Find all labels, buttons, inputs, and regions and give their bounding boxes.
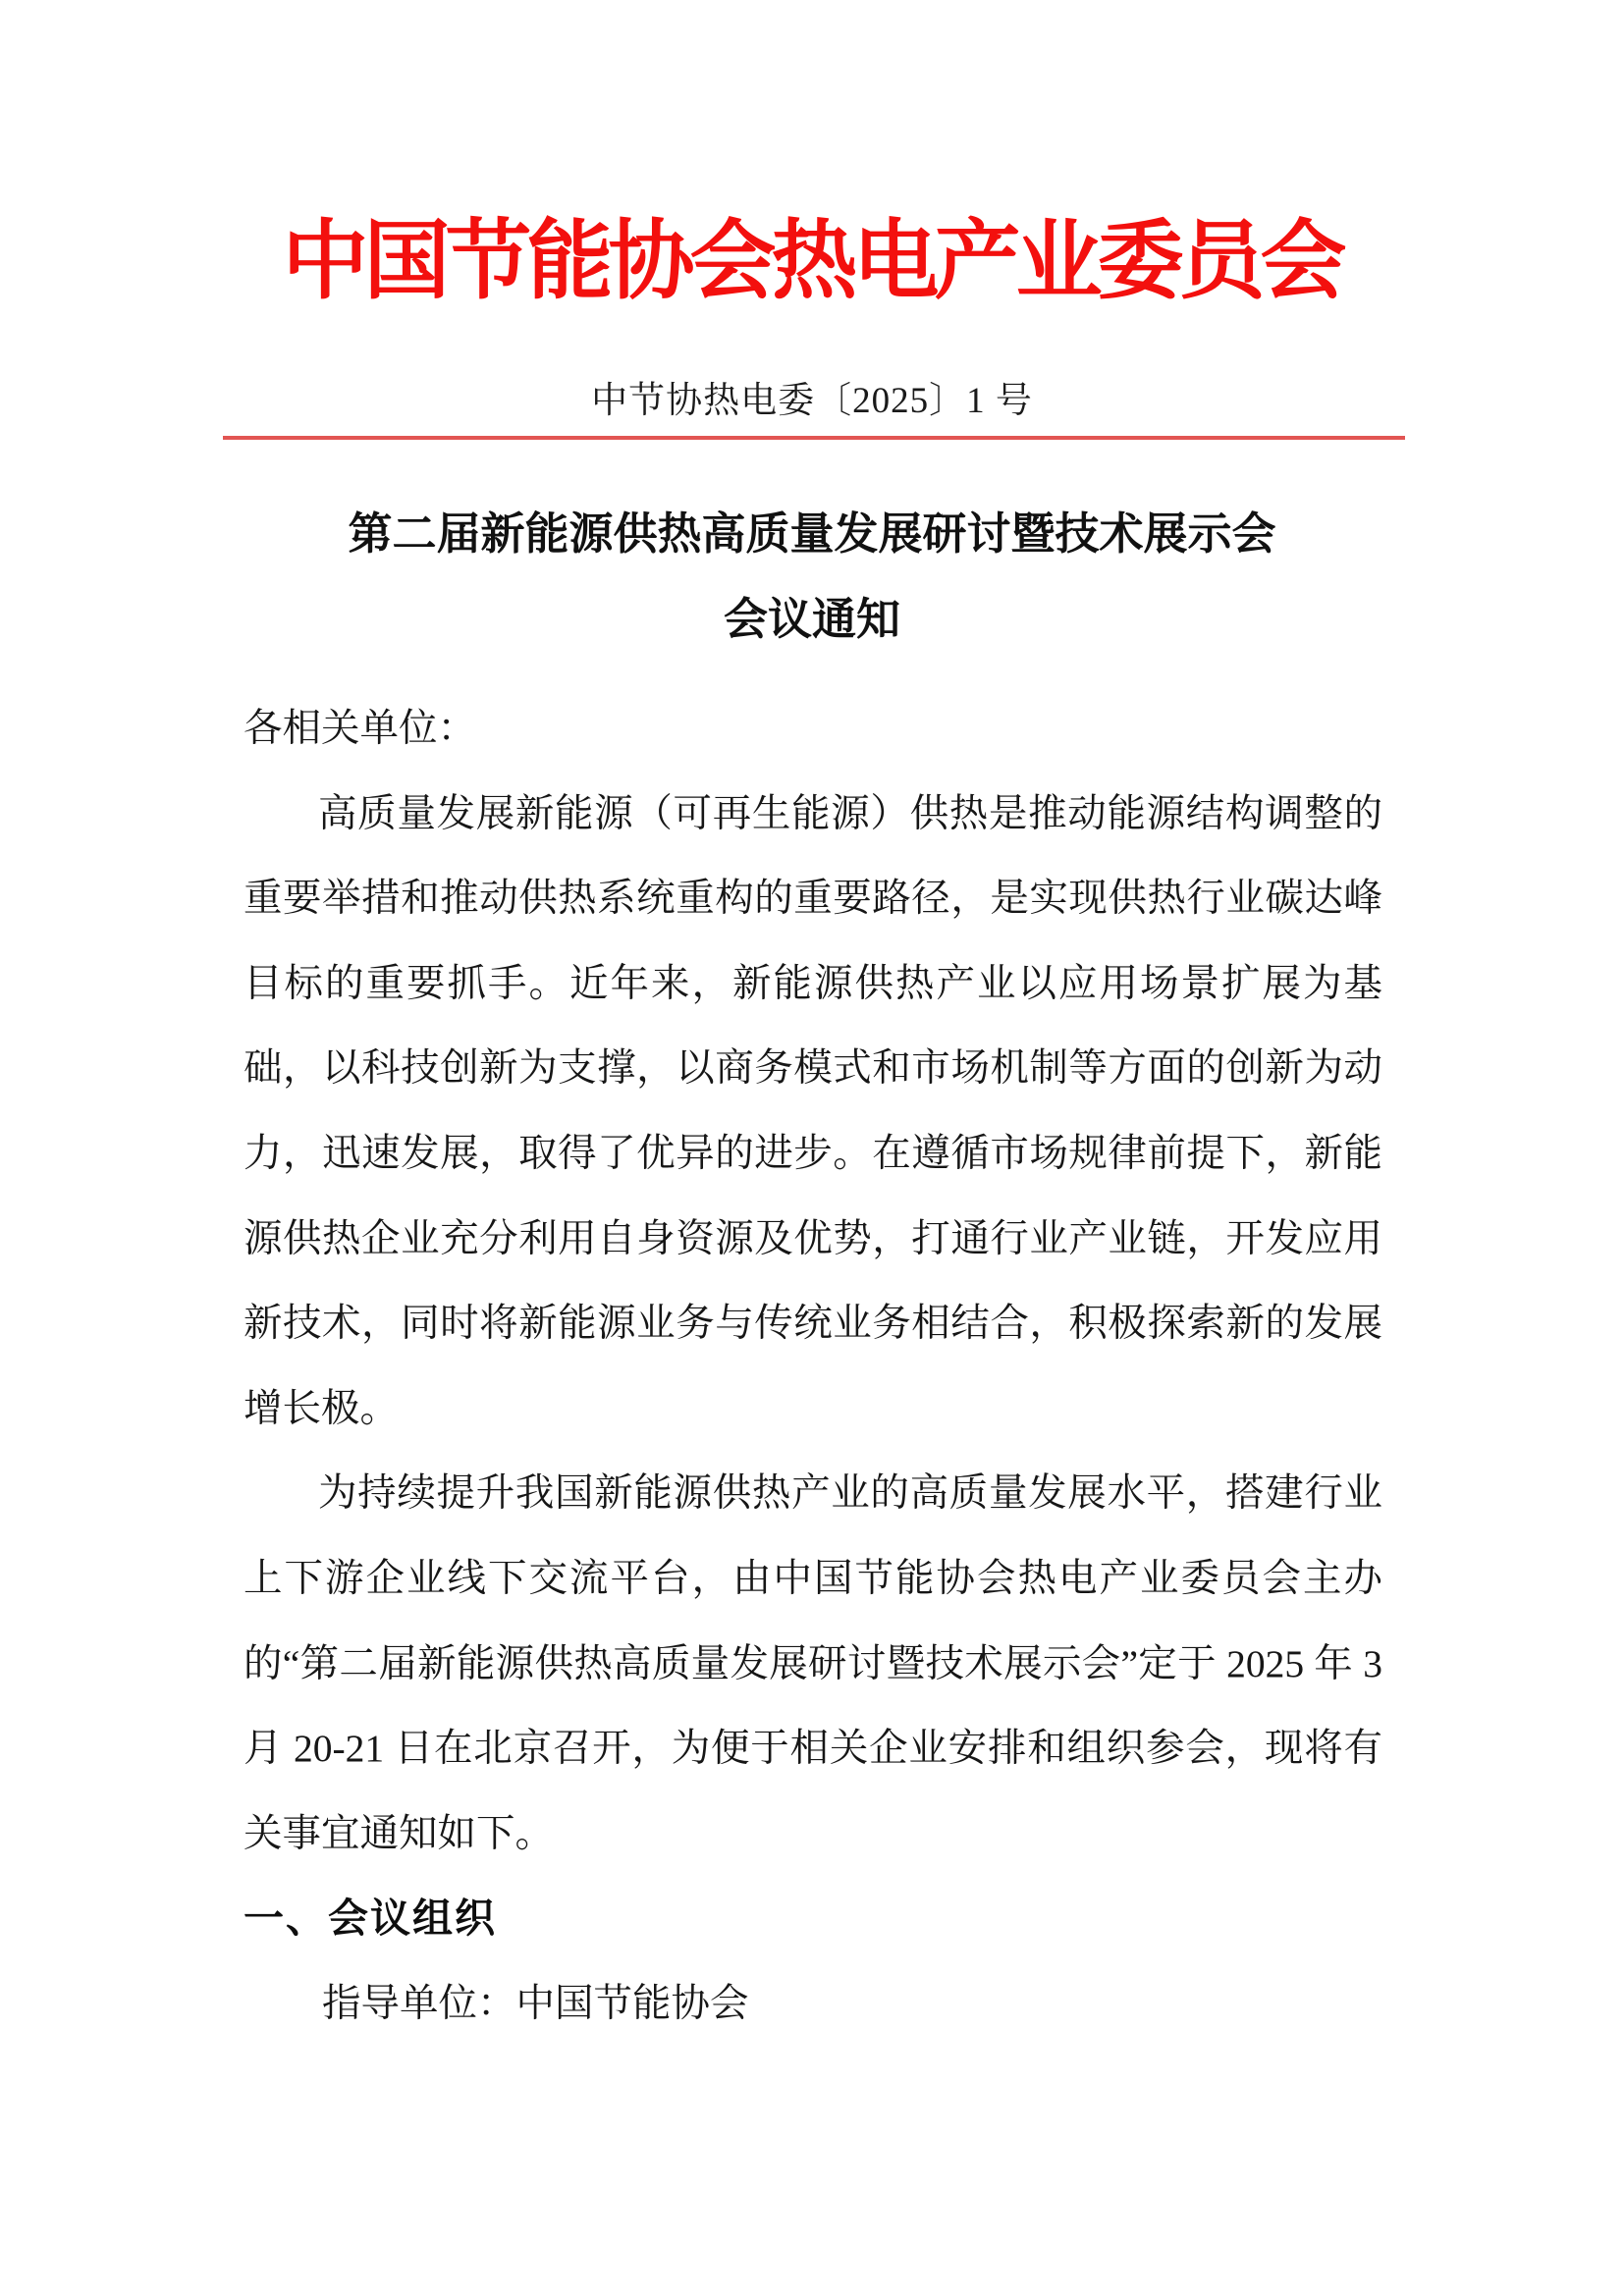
letterhead-org-title: 中国节能协会热电产业委员会 — [0, 208, 1624, 318]
document-page: 中国节能协会热电产业委员会 中节协热电委〔2025〕1 号 第二届新能源供热高质… — [0, 0, 1624, 2296]
salutation: 各相关单位： — [244, 686, 1382, 772]
paragraph-background: 高质量发展新能源（可再生能源）供热是推动能源结构调整的重要举措和推动供热系统重构… — [244, 772, 1382, 1452]
meeting-title: 第二届新能源供热高质量发展研讨暨技术展示会 会议通知 — [0, 492, 1624, 663]
section-1-heading: 一、会议组织 — [244, 1876, 1382, 1961]
meeting-title-line2: 会议通知 — [0, 577, 1624, 663]
section-1-guidance-unit: 指导单位：中国节能协会 — [244, 1961, 1382, 2047]
doc-number: 中节协热电委〔2025〕1 号 — [0, 376, 1624, 427]
red-divider-line — [223, 436, 1405, 440]
paragraph-meeting-announcement: 为持续提升我国新能源供热产业的高质量发展水平，搭建行业上下游企业线下交流平台，由… — [244, 1451, 1382, 1876]
document-body: 各相关单位： 高质量发展新能源（可再生能源）供热是推动能源结构调整的重要举措和推… — [244, 686, 1382, 2047]
meeting-title-line1: 第二届新能源供热高质量发展研讨暨技术展示会 — [0, 492, 1624, 577]
